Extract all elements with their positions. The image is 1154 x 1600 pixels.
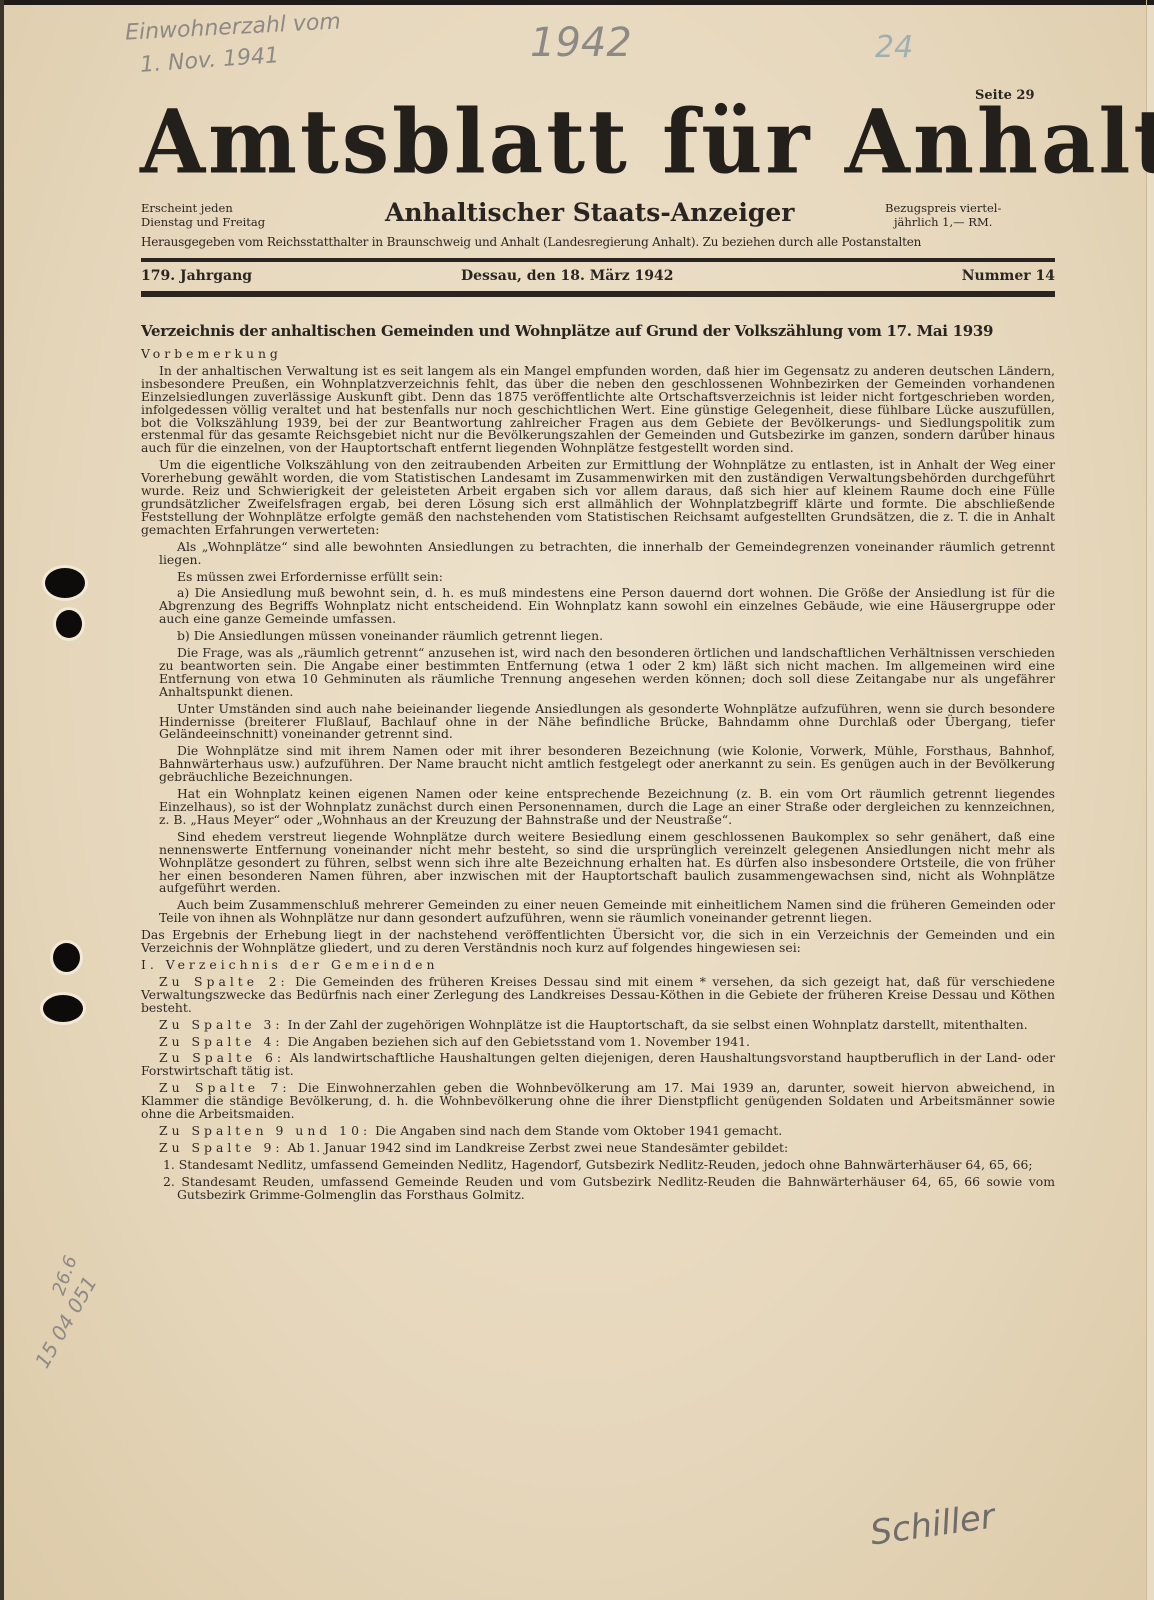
principle: a) Die Ansiedlung muß bewohnt sein, d. h… (141, 587, 1055, 626)
dateline: 179. Jahrgang Dessau, den 18. März 1942 … (141, 266, 1055, 288)
column-note-text: Ab 1. Januar 1942 sind im Landkreise Zer… (288, 1140, 789, 1155)
column-note: Zu Spalte 7: Die Einwohnerzahlen geben d… (141, 1082, 1055, 1121)
column-note-text: Die Angaben sind nach dem Stande vom Okt… (375, 1123, 782, 1138)
column-note: Zu Spalte 3: In der Zahl der zugehörigen… (141, 1019, 1055, 1032)
subscription-price: Bezugspreis viertel- jährlich 1,— RM. (885, 201, 1001, 229)
principle: Hat ein Wohnplatz keinen eigenen Namen o… (141, 788, 1055, 827)
section-heading: I. Verzeichnis der Gemeinden (141, 959, 1055, 972)
punch-hole-icon (56, 610, 82, 638)
header-divider (141, 258, 1055, 262)
punch-hole-icon (53, 943, 80, 972)
issue-schedule: Erscheint jeden Dienstag und Freitag (141, 201, 265, 229)
principle: b) Die Ansiedlungen müssen voneinander r… (141, 630, 1055, 643)
page-fold-line (1146, 0, 1147, 1600)
column-note-label: Zu Spalte 9: (159, 1140, 284, 1155)
article-title: Verzeichnis der anhaltischen Gemeinden u… (141, 322, 1055, 340)
registry-office-item: 1. Standesamt Nedlitz, umfassend Gemeind… (141, 1159, 1055, 1172)
principle: Auch beim Zusammenschluß mehrerer Gemein… (141, 899, 1055, 925)
preface-heading: Vorbemerkung (141, 348, 1055, 361)
volume: 179. Jahrgang (141, 268, 252, 284)
price-line: jährlich 1,— RM. (885, 215, 1001, 229)
paragraph: In der anhaltischen Verwaltung ist es se… (141, 365, 1055, 455)
issue-schedule-line: Erscheint jeden (141, 201, 265, 215)
handwritten-number: 24 (875, 30, 913, 65)
handwritten-year: 1942 (530, 20, 632, 66)
column-note: Zu Spalte 6: Als landwirtschaftliche Hau… (141, 1052, 1055, 1078)
scan-left-edge (0, 0, 4, 1600)
article-body: Vorbemerkung In der anhaltischen Verwalt… (141, 348, 1055, 1205)
punch-hole-icon (43, 995, 83, 1022)
registry-office-item: 2. Standesamt Reuden, umfassend Gemeinde… (141, 1176, 1055, 1202)
principle: Als „Wohnplätze“ sind alle bewohnten Ans… (141, 541, 1055, 567)
masthead-subtitle: Anhaltischer Staats-Anzeiger (385, 198, 794, 227)
header-divider (141, 291, 1055, 297)
principle: Es müssen zwei Erfordernisse erfüllt sei… (141, 571, 1055, 584)
column-note-text: In der Zahl der zugehörigen Wohnplätze i… (288, 1017, 1028, 1032)
issue-date: Dessau, den 18. März 1942 (461, 268, 674, 284)
paragraph: Das Ergebnis der Erhebung liegt in der n… (141, 929, 1055, 955)
issue-schedule-line: Dienstag und Freitag (141, 215, 265, 229)
principle: Sind ehedem verstreut liegende Wohnplätz… (141, 831, 1055, 896)
principle: Die Frage, was als „räumlich getrennt“ a… (141, 647, 1055, 699)
column-note-label: Zu Spalte 3: (159, 1017, 284, 1032)
column-note-label: Zu Spalte 4: (159, 1034, 284, 1049)
publisher-line: Herausgegeben vom Reichsstatthalter in B… (141, 235, 1055, 249)
column-note: Zu Spalten 9 und 10: Die Angaben sind na… (141, 1125, 1055, 1138)
column-note: Zu Spalte 4: Die Angaben beziehen sich a… (141, 1036, 1055, 1049)
paragraph: Um die eigentliche Volkszählung von den … (141, 459, 1055, 536)
column-note: Zu Spalte 9: Ab 1. Januar 1942 sind im L… (141, 1142, 1055, 1155)
punch-hole-icon (45, 568, 85, 598)
price-line: Bezugspreis viertel- (885, 201, 1001, 215)
masthead-title: Amtsblatt für Anhalt (140, 98, 1055, 186)
principle: Unter Umständen sind auch nahe beieinand… (141, 703, 1055, 742)
column-note: Zu Spalte 2: Die Gemeinden des früheren … (141, 976, 1055, 1015)
column-note-text: Die Angaben beziehen sich auf den Gebiet… (288, 1034, 750, 1049)
column-note-label: Zu Spalten 9 und 10: (159, 1123, 371, 1138)
issue-number: Nummer 14 (962, 268, 1055, 284)
principle: Die Wohnplätze sind mit ihrem Namen oder… (141, 745, 1055, 784)
